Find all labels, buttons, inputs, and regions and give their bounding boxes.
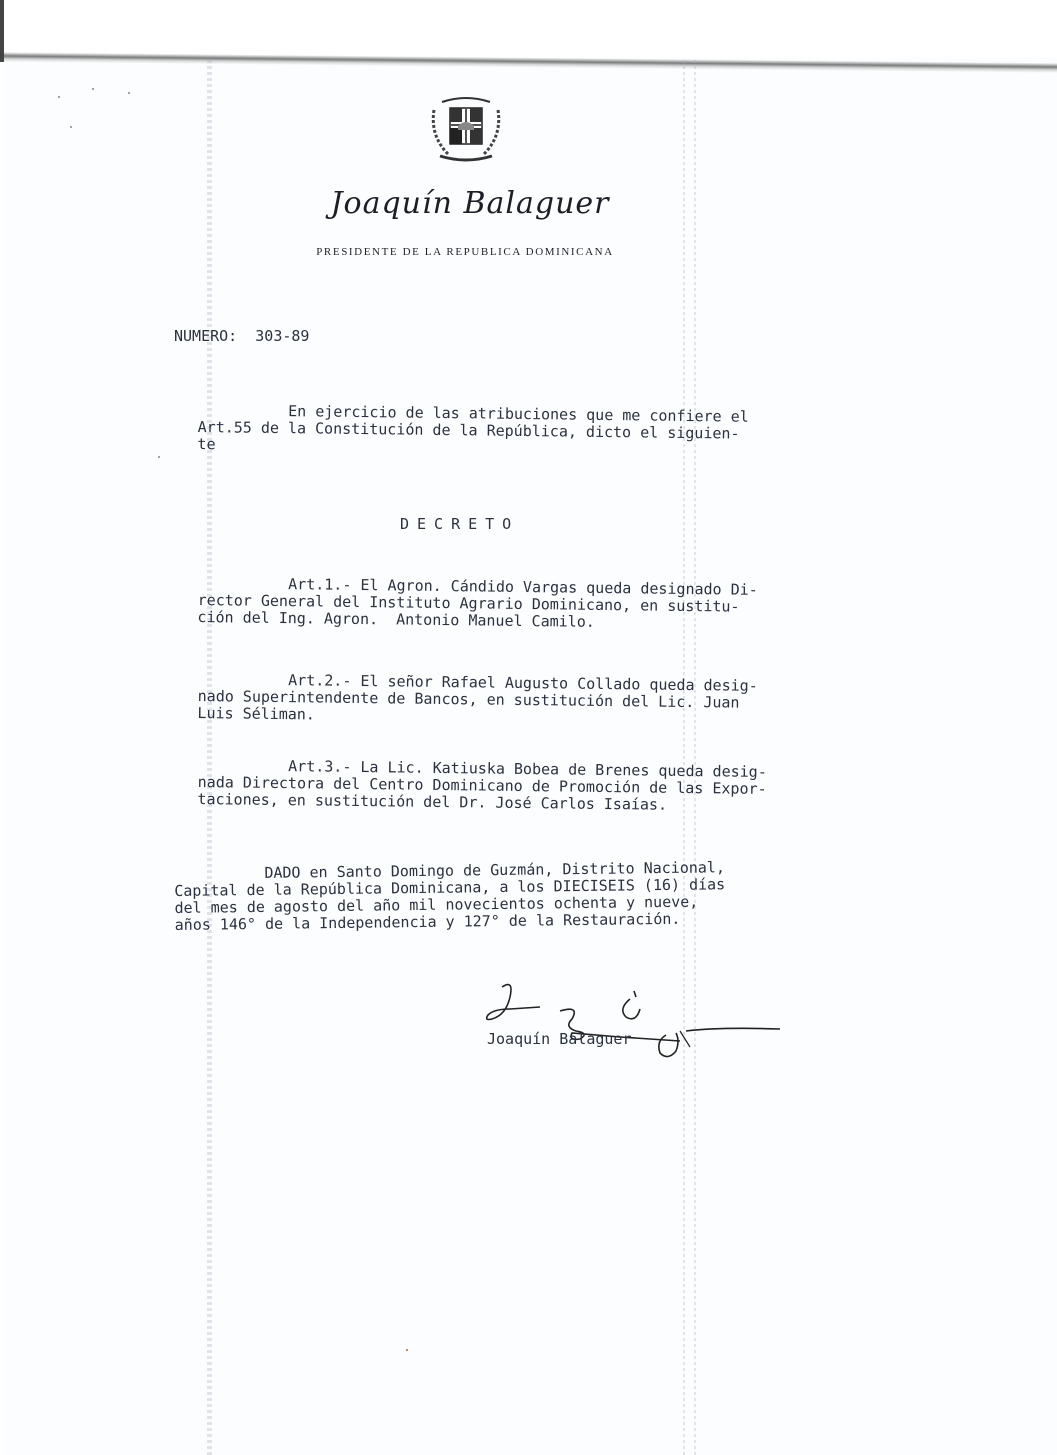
article-1: Art.1.- El Agron. Cándido Vargas queda d… [197,575,758,633]
letterhead-title: PRESIDENTE DE LA REPUBLICA DOMINICANA [300,246,630,258]
article-3: Art.3.- La Lic. Katiuska Bobea de Brenes… [197,757,767,815]
speck [128,92,130,94]
scan-artifact [694,60,696,1455]
preamble-paragraph: En ejercicio de las atribuciones que me … [197,402,748,460]
speck [158,456,160,458]
speck [70,126,72,128]
document-page [4,58,1057,1455]
handwritten-signature-icon [480,975,790,1070]
letterhead-name: Joaquín Balaguer [320,186,620,221]
article-2: Art.2.- El señor Rafael Augusto Collado … [197,671,758,729]
scan-artifact [683,60,685,1455]
numero-label: NUMERO: [174,327,237,345]
speck [92,88,94,90]
speck [406,1349,408,1351]
closing-paragraph: DADO en Santo Domingo de Guzmán, Distrit… [174,859,726,934]
coat-of-arms-icon [428,96,504,166]
numero-value: 303-89 [255,327,309,345]
decree-number: NUMERO: 303-89 [174,328,309,345]
speck [58,96,60,98]
signer-name: Joaquín Balaguer [487,1031,632,1048]
decree-heading: DECRETO [400,516,519,533]
